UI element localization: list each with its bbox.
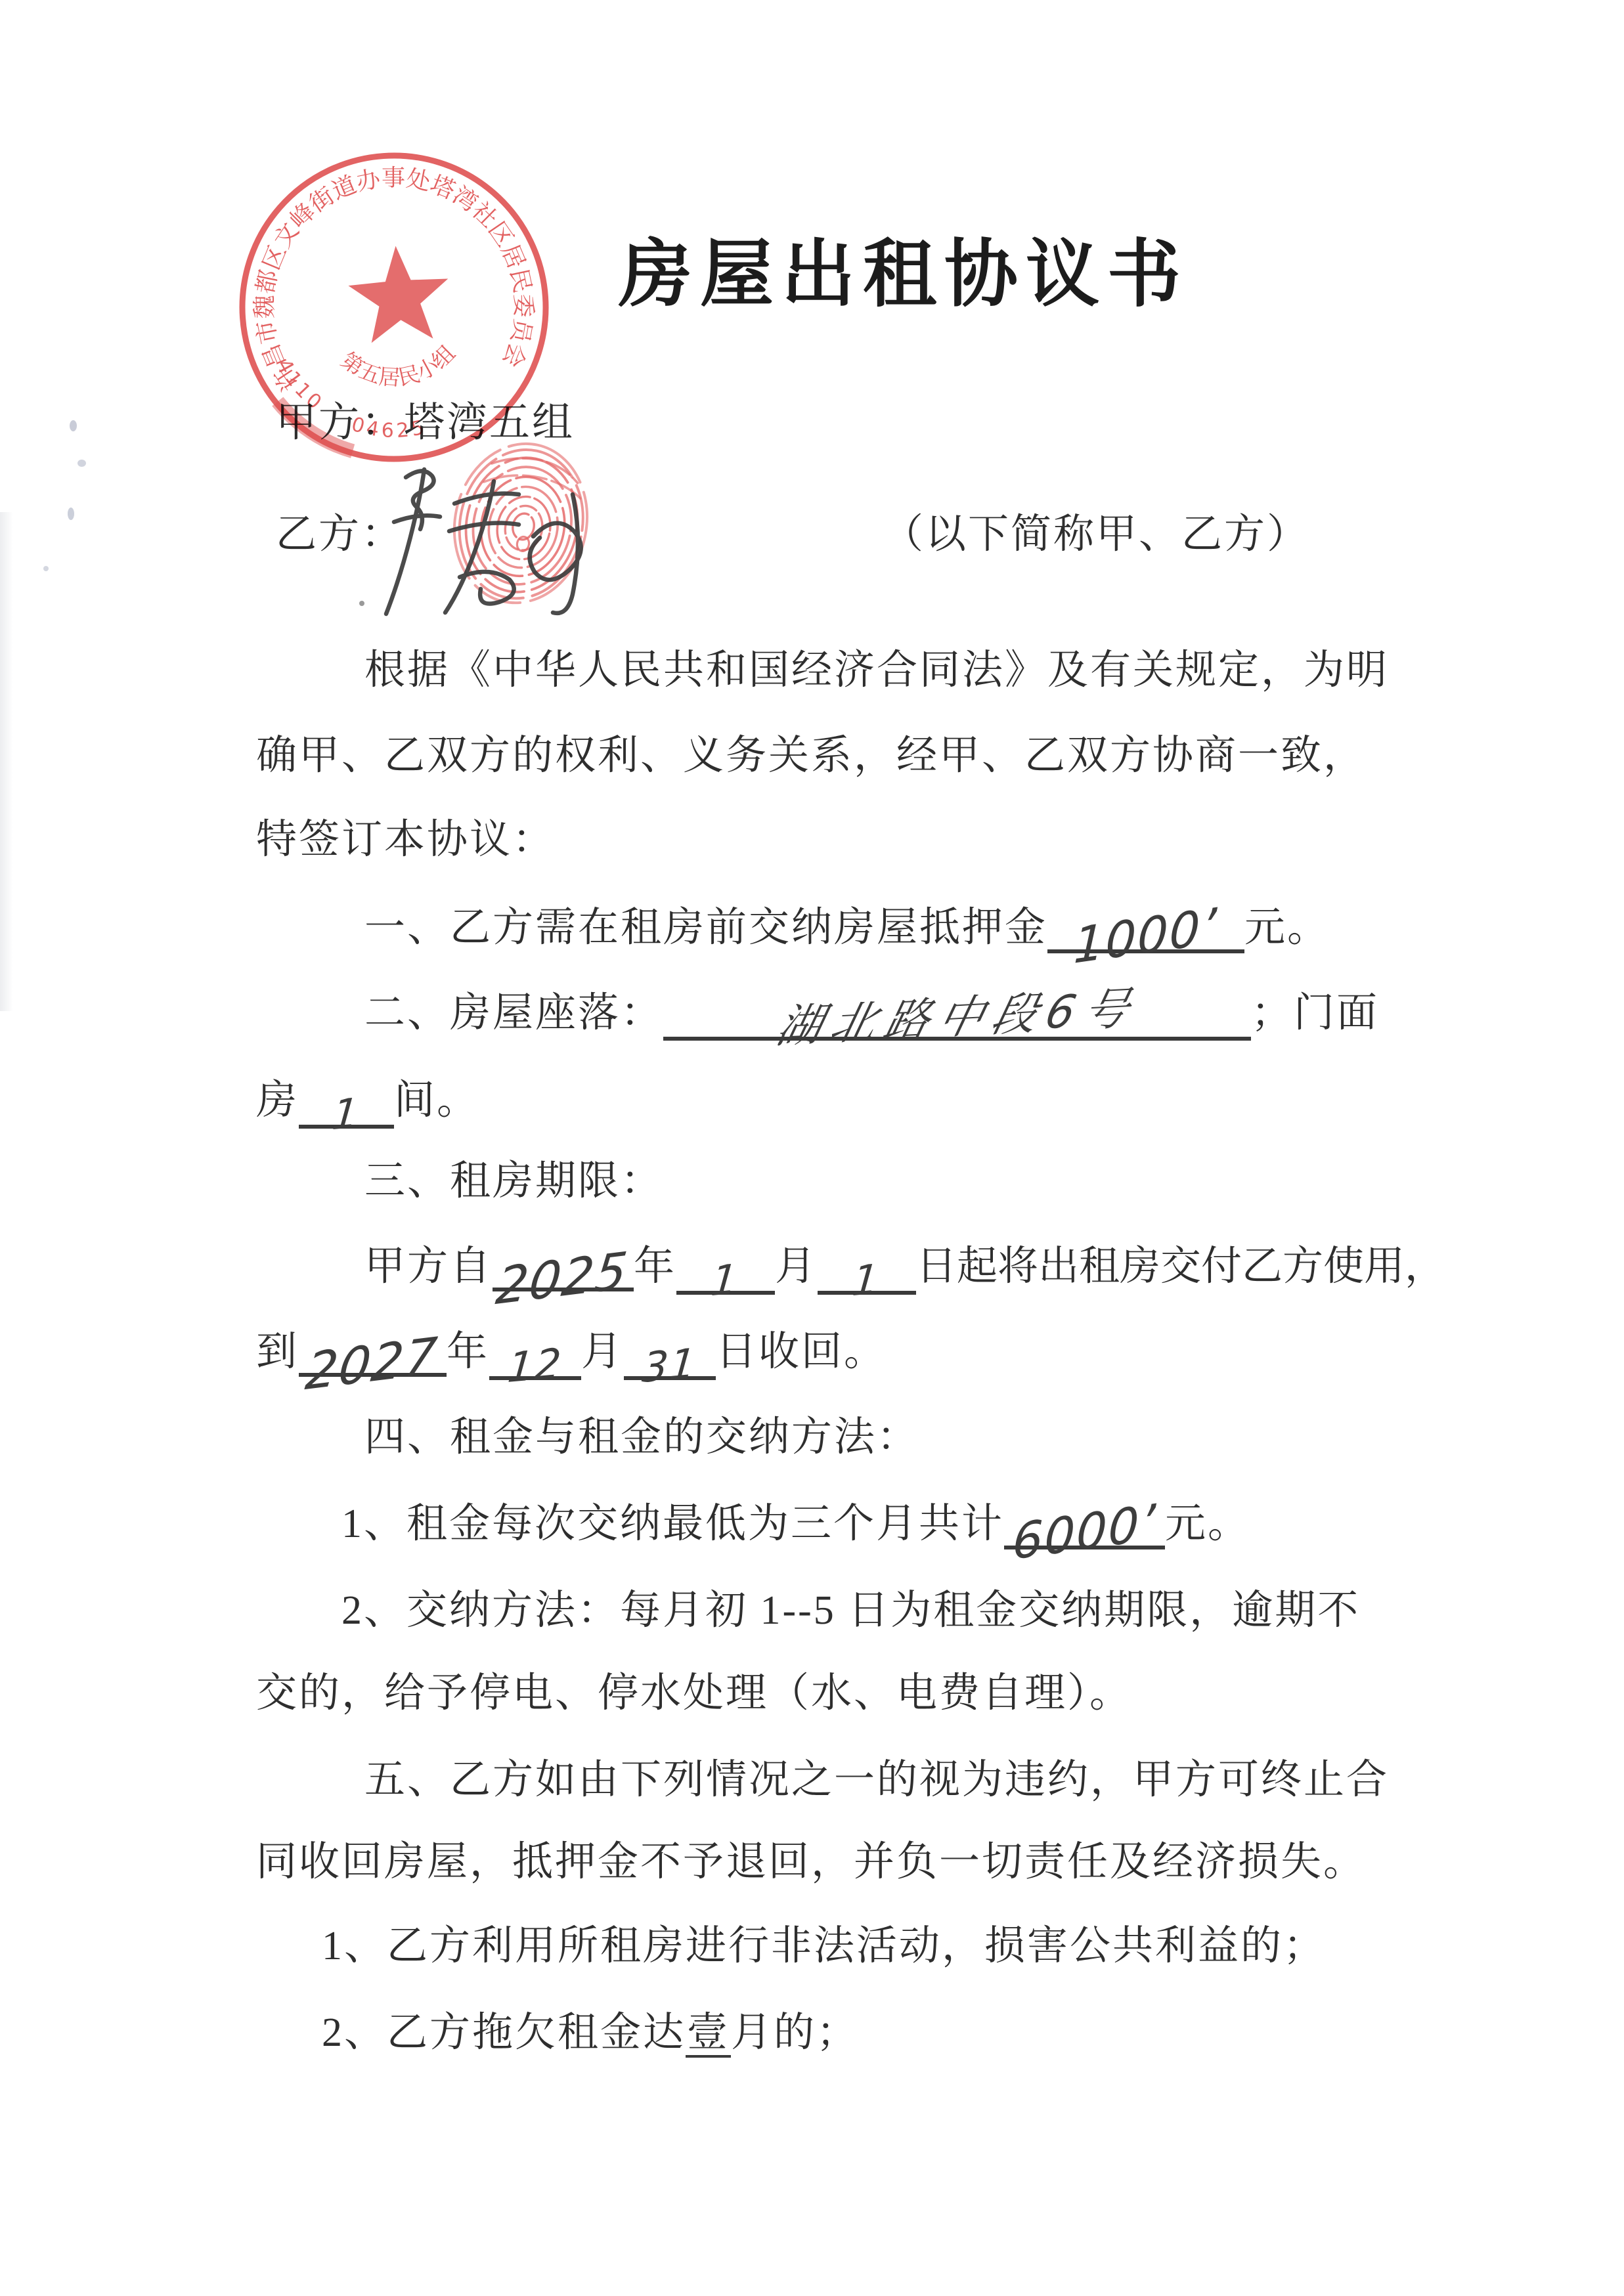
signature-stroke — [553, 494, 578, 613]
clause-5-text-1: 五、乙方如由下列情况之一的视为违约，甲方可终止合 — [364, 1758, 1389, 1802]
end-day-value: 31 — [640, 1339, 699, 1392]
party-note-text: （以下简称甲、乙方） — [883, 512, 1309, 557]
payment-method-text-2: 交的，给予停电、停水处理（水、电费自理）。 — [256, 1671, 1132, 1716]
clause-4-heading: 四、租金与租金的交纳方法： — [364, 1414, 919, 1461]
party-note-line: （以下简称甲、乙方） — [883, 511, 1309, 558]
term-start-pre: 甲方自 — [364, 1244, 493, 1289]
page-title: 房屋出租协议书 — [619, 215, 1189, 321]
rent-amount-pre: 1、租金每次交纳最低为三个月共计 — [341, 1502, 1004, 1546]
ink-dot — [359, 601, 364, 606]
violation-item-1: 1、乙方利用所租房进行非法活动，损害公共利益的； — [322, 1922, 1326, 1970]
start-year-blank: 2025 — [493, 1247, 634, 1291]
scan-speck — [68, 508, 74, 520]
rooms-handwritten-value: 1 — [330, 1089, 362, 1139]
official-red-seal: 许昌市魏都区文峰街道办事处塔湾社区居民委员会 第五居民小组 4110 04625 — [236, 150, 552, 465]
start-month-value: 1 — [709, 1255, 741, 1305]
address-blank: 湖北路中段6号 — [663, 996, 1251, 1041]
rent-amount-suffix: 元。 — [1165, 1502, 1250, 1546]
clause-2-line: 二、房屋座落：湖北路中段6号；门面 — [364, 989, 1379, 1041]
year-label: 年 — [634, 1244, 676, 1289]
violation-item-2: 2、乙方拖欠租金达壹月的； — [322, 2009, 859, 2056]
deposit-handwritten-value: 1000’ — [1073, 902, 1219, 970]
preamble-line-3: 特签订本协议： — [256, 816, 555, 863]
end-year-value: 2027 — [303, 1332, 441, 1396]
rooms-pre: 房 — [256, 1078, 299, 1123]
signature-stroke — [445, 481, 494, 613]
preamble-text-2: 确甲、乙双方的权利、义务关系，经甲、乙双方协商一致， — [256, 733, 1366, 778]
start-month-blank: 1 — [676, 1250, 775, 1295]
scanned-rental-agreement-page: 房屋出租协议书 甲方：塔湾五组 乙方： （以下简称甲、乙方） 根据《中华人民共和… — [0, 0, 1624, 2296]
clause-2-mid: ；门面 — [1251, 991, 1379, 1035]
scan-speck — [77, 460, 86, 467]
clause-3-text: 三、租房期限： — [364, 1159, 663, 1203]
term-start-suffix: 日起将出租房交付乙方使用， — [916, 1244, 1445, 1289]
start-day-value: 1 — [850, 1255, 882, 1305]
clause-4-text: 四、租金与租金的交纳方法： — [364, 1415, 919, 1460]
month-label: 月 — [581, 1330, 624, 1374]
signature-stroke — [460, 572, 514, 604]
signature-stroke — [454, 494, 519, 504]
address-handwritten-value: 湖北路中段6号 — [772, 985, 1143, 1052]
payment-method-line-1: 2、交纳方法：每月初 1--5 日为租金交纳期限，逾期不 — [341, 1587, 1360, 1634]
clause-2-line-2: 房1间。 — [256, 1077, 479, 1129]
scan-speck — [43, 566, 49, 571]
payment-method-text-1: 2、交纳方法：每月初 1--5 日为租金交纳期限，逾期不 — [341, 1588, 1360, 1633]
rent-handwritten-value: 6000’ — [1011, 1498, 1157, 1567]
month-label: 月 — [775, 1244, 818, 1289]
seal-star-icon — [346, 242, 452, 344]
rooms-blank: 1 — [299, 1084, 394, 1129]
seal-inner-text-node: 第五居民小组 — [335, 340, 462, 395]
signature-stroke — [530, 523, 581, 580]
clause-1-suffix: 元。 — [1244, 905, 1330, 950]
clause-3-heading: 三、租房期限： — [364, 1158, 663, 1205]
violation-text-1: 1、乙方利用所租房进行非法活动，损害公共利益的； — [322, 1924, 1326, 1968]
clause-5-line-1: 五、乙方如由下列情况之一的视为违约，甲方可终止合 — [364, 1756, 1389, 1804]
clause-1-text: 一、乙方需在租房前交纳房屋抵押金 — [364, 905, 1047, 950]
term-end-line: 到2027年12月31日收回。 — [256, 1328, 887, 1380]
term-start-line: 甲方自2025年1月1日起将出租房交付乙方使用， — [364, 1243, 1445, 1295]
clause-5-line-2: 同收回房屋，抵押金不予退回，并负一切责任及经济损失。 — [256, 1838, 1366, 1886]
violation-2-pre: 2、乙方拖欠租金达 — [322, 2010, 686, 2055]
preamble-line-2: 确甲、乙双方的权利、义务关系，经甲、乙双方协商一致， — [256, 732, 1366, 779]
preamble-line-1: 根据《中华人民共和国经济合同法》及有关规定，为明 — [364, 647, 1389, 694]
clause-2-text: 二、房屋座落： — [364, 991, 663, 1035]
deposit-blank: 1000’ — [1047, 909, 1244, 953]
preamble-text-3: 特签订本协议： — [256, 817, 555, 862]
seal-inner-text: 第五居民小组 — [335, 340, 462, 395]
end-day-blank: 31 — [624, 1335, 716, 1380]
scan-edge-shadow — [0, 512, 13, 1011]
start-year-value: 2025 — [494, 1246, 631, 1310]
violation-2-emphasis: 壹 — [686, 2010, 731, 2058]
rent-amount-line: 1、租金每次交纳最低为三个月共计6000’元。 — [341, 1500, 1250, 1549]
term-end-suffix: 日收回。 — [716, 1330, 887, 1374]
seal-number-bottom-node: 04625 — [347, 408, 429, 446]
year-label: 年 — [447, 1330, 489, 1374]
seal-number-bottom: 04625 — [347, 408, 429, 446]
preamble-text-1: 根据《中华人民共和国经济合同法》及有关规定，为明 — [364, 648, 1389, 693]
clause-1-line: 一、乙方需在租房前交纳房屋抵押金1000’元。 — [364, 904, 1330, 953]
end-year-blank: 2027 — [299, 1332, 447, 1377]
term-end-pre: 到 — [256, 1330, 299, 1374]
start-day-blank: 1 — [818, 1250, 916, 1295]
rent-blank: 6000’ — [1004, 1505, 1165, 1549]
end-month-value: 12 — [506, 1339, 564, 1392]
payment-method-line-2: 交的，给予停电、停水处理（水、电费自理）。 — [256, 1670, 1132, 1717]
party-b-signature — [376, 456, 592, 634]
clause-5-text-2: 同收回房屋，抵押金不予退回，并负一切责任及经济损失。 — [256, 1840, 1366, 1884]
end-month-blank: 12 — [489, 1335, 581, 1380]
rooms-suffix: 间。 — [394, 1078, 479, 1123]
scan-speck — [70, 420, 77, 431]
violation-2-suffix: 月的； — [731, 2010, 859, 2055]
